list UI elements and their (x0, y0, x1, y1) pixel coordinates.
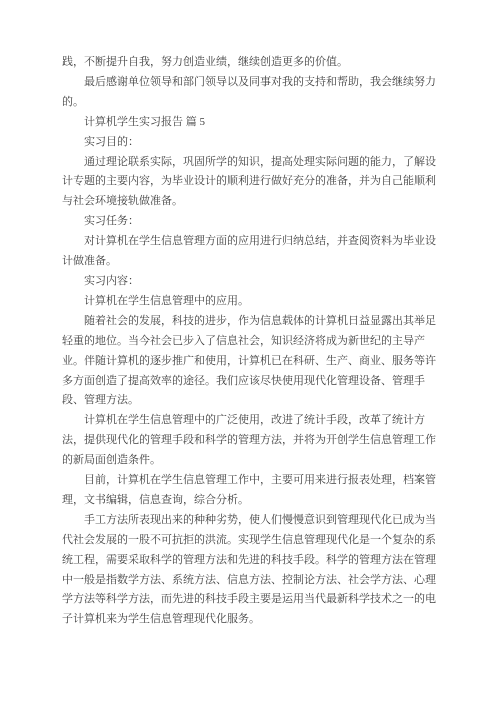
paragraph: 手工方法所表现出来的种种劣势，使人们慢慢意识到管理现代化已成为当代社会发展的一股… (62, 511, 440, 630)
document-page: 践，不断提升自我，努力创造业绩，继续创造更多的价值。最后感谢单位领导和部门领导以… (0, 0, 500, 707)
paragraph: 实习目的： (62, 133, 440, 153)
paragraph: 最后感谢单位领导和部门领导以及同事对我的支持和帮助，我会继续努力的。 (62, 73, 440, 113)
paragraph: 计算机学生实习报告 篇 5 (62, 113, 440, 133)
paragraph: 计算机在学生信息管理中的广泛使用，改进了统计手段，改革了统计方法，提供现代化的管… (62, 411, 440, 471)
paragraph: 实习任务： (62, 212, 440, 232)
paragraph: 目前，计算机在学生信息管理工作中，主要可用来进行报表处理，档案管理，文书编辑，信… (62, 471, 440, 511)
paragraph: 对计算机在学生信息管理方面的应用进行归纳总结，并查阅资料为毕业设计做准备。 (62, 232, 440, 272)
paragraph: 践，不断提升自我，努力创造业绩，继续创造更多的价值。 (62, 53, 440, 73)
paragraph: 实习内容： (62, 272, 440, 292)
paragraph: 计算机在学生信息管理中的应用。 (62, 292, 440, 312)
document-text: 践，不断提升自我，努力创造业绩，继续创造更多的价值。最后感谢单位领导和部门领导以… (62, 53, 440, 630)
paragraph: 随着社会的发展，科技的进步，作为信息载体的计算机日益显露出其举足轻重的地位。当今… (62, 312, 440, 412)
paragraph: 通过理论联系实际，巩固所学的知识，提高处理实际问题的能力，了解设计专题的主要内容… (62, 153, 440, 213)
